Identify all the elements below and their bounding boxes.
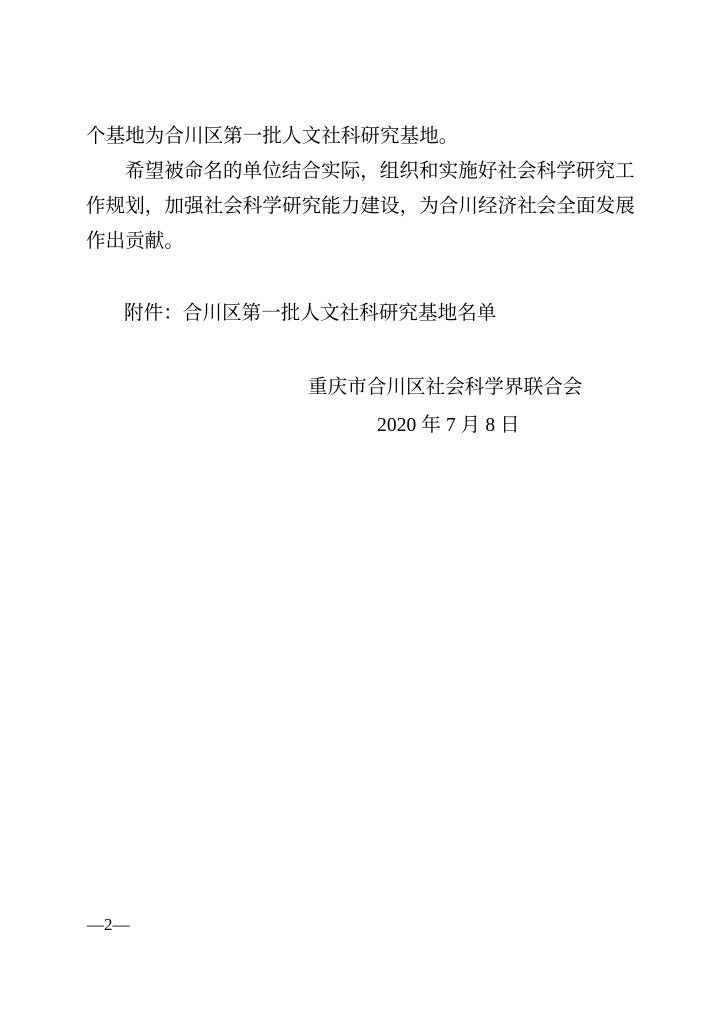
- body-text-line: 个基地为合川区第一批人文社科研究基地。: [86, 119, 458, 154]
- body-text-line: 希望被命名的单位结合实际，组织和实施好社会科学研究工: [125, 154, 635, 189]
- signature-line: 重庆市合川区社会科学界联合会: [308, 370, 582, 405]
- body-text-line: 作出贡献。: [86, 224, 184, 259]
- page-number: —2—: [87, 915, 130, 935]
- attachment-line: 附件：合川区第一批人文社科研究基地名单: [124, 296, 496, 331]
- body-text-line: 作规划，加强社会科学研究能力建设，为合川经济社会全面发展: [86, 189, 635, 224]
- date-line: 2020 年 7 月 8 日: [377, 408, 520, 443]
- document-page: 个基地为合川区第一批人文社科研究基地。 希望被命名的单位结合实际，组织和实施好社…: [0, 0, 714, 1010]
